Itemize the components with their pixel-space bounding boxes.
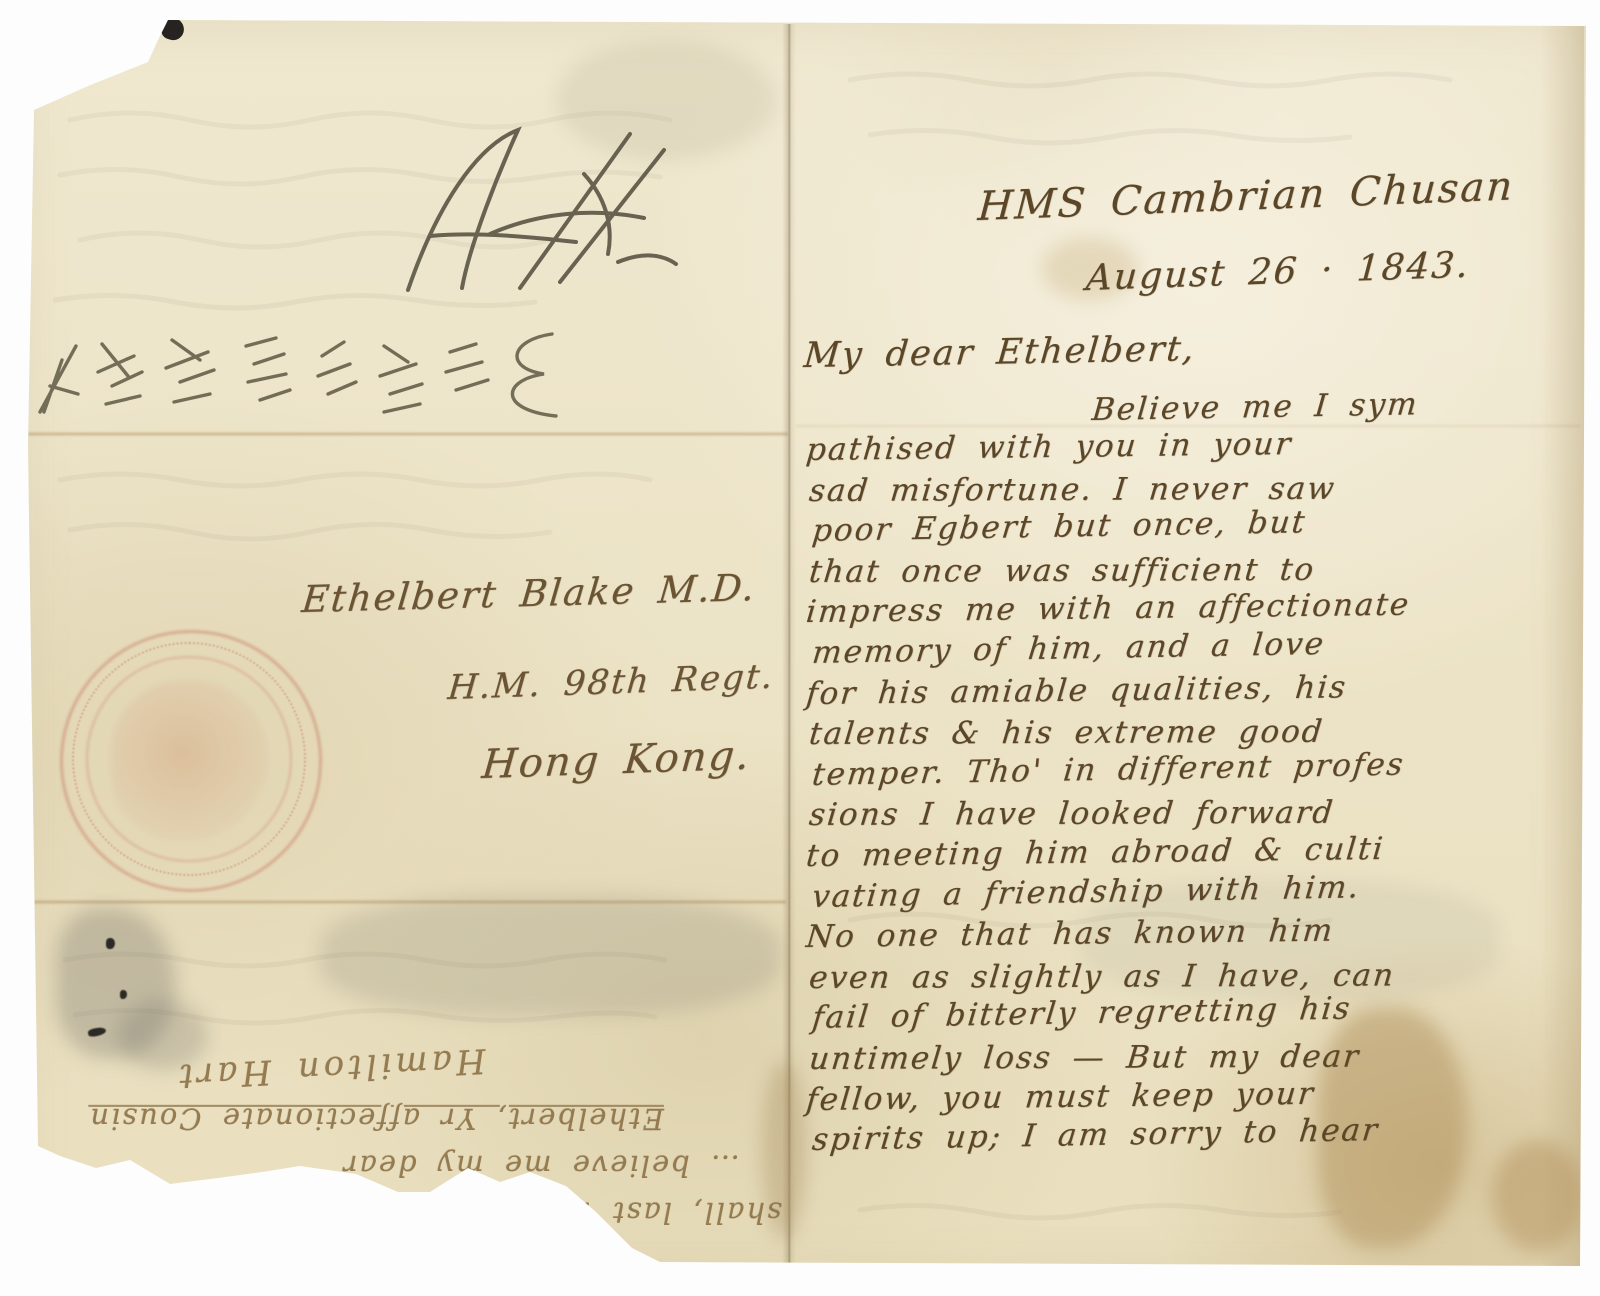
letter-body: pathised with you in your sad misfortune… bbox=[806, 432, 1576, 1163]
crosshatch-signature-scribble bbox=[372, 112, 692, 312]
gray-smudge-band bbox=[320, 896, 780, 1016]
letter-sheet: Ethelbert Blake M.D. H.M. 98th Regt. Hon… bbox=[0, 0, 1600, 1296]
verso-fragment-line: … believe me my dear bbox=[36, 1142, 740, 1189]
letter-body-line: for his amiable qualities, his bbox=[804, 666, 1578, 716]
verso-fragment-line: Ethelbert, Yr affectionate Cousin bbox=[36, 1095, 664, 1142]
verso-fragment-line: shall, last … befriend … bbox=[36, 1189, 782, 1236]
letter-opening-line: Believe me I sym bbox=[1090, 386, 1420, 428]
verso-rotated-fragments: shall, last … befriend … … believe me my… bbox=[36, 1048, 782, 1236]
letter-body-line: pathised with you in your bbox=[804, 423, 1578, 473]
address-line-city: Hong Kong. bbox=[480, 733, 753, 789]
letter-salutation: My dear Ethelbert, bbox=[802, 329, 1197, 376]
red-postal-stamp bbox=[60, 630, 322, 892]
letter-body-line: No one that has known him bbox=[804, 910, 1578, 960]
sideways-character-scribbles bbox=[32, 316, 592, 436]
scanned-letter: Ethelbert Blake M.D. H.M. 98th Regt. Hon… bbox=[0, 0, 1600, 1296]
